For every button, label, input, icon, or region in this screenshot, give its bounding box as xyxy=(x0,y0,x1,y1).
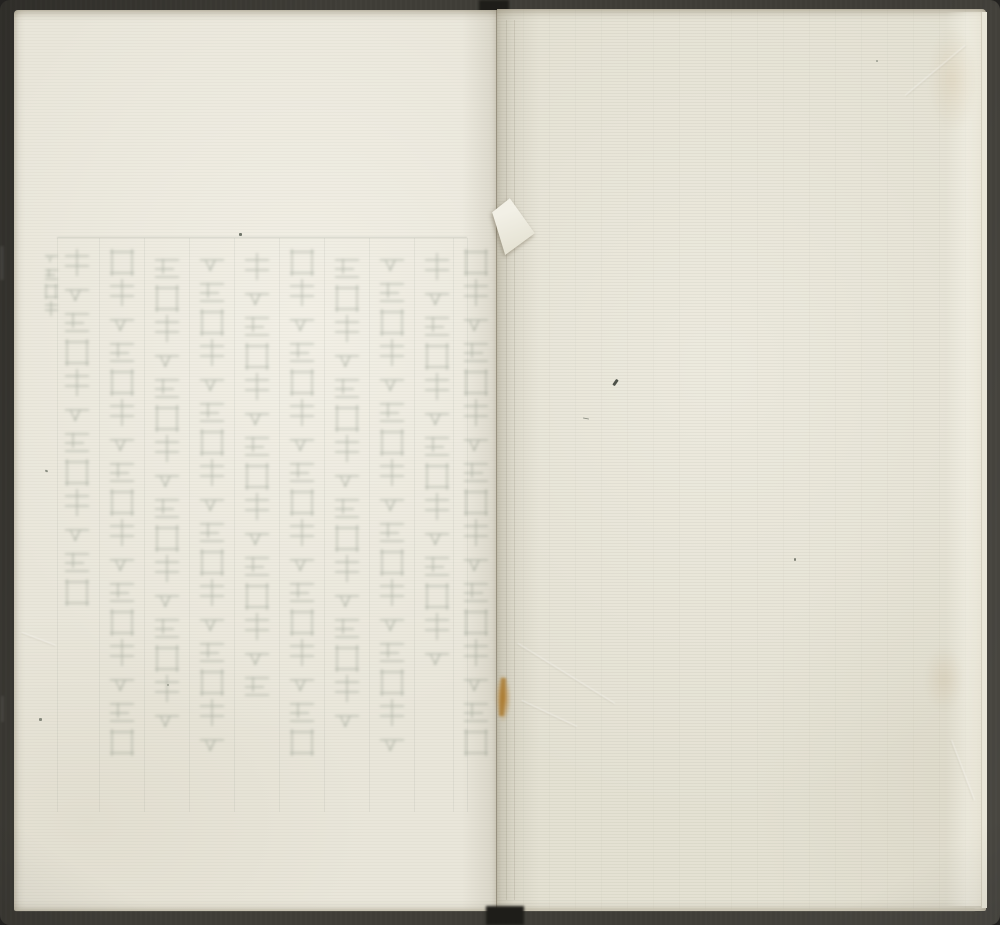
paper-speck xyxy=(794,558,796,561)
gutter-shadow-left xyxy=(462,10,497,911)
paper-speck xyxy=(876,60,878,62)
left-page-laid-texture xyxy=(14,10,497,911)
torn-paper-fragment xyxy=(488,192,540,262)
ghost-text-column xyxy=(197,246,227,759)
frame-scuff xyxy=(0,246,4,280)
right-page xyxy=(497,9,986,911)
ghost-text-block xyxy=(14,10,497,911)
paper-speck xyxy=(167,684,169,686)
binding-gap-bottom xyxy=(486,906,524,925)
spine-gutter-line xyxy=(496,10,497,911)
gutter-streak xyxy=(514,20,515,900)
right-page-bottom-edge xyxy=(497,908,975,911)
left-page xyxy=(14,10,497,911)
torn-paper-fragment-shape xyxy=(488,192,540,262)
gutter-shadow-right xyxy=(497,9,539,911)
gutter-streak xyxy=(506,20,507,900)
left-page-bottom-edge xyxy=(16,909,497,911)
under-pages-edge-strip xyxy=(981,12,987,908)
right-page-fore-edge xyxy=(946,12,984,906)
ghost-text-column xyxy=(287,246,317,759)
ghost-text-column xyxy=(62,246,92,609)
ghost-text-column xyxy=(152,252,182,735)
photo-backdrop xyxy=(0,0,1000,925)
frame-scuff xyxy=(1,696,4,722)
right-page-laid-texture xyxy=(497,9,986,911)
ghost-text-column xyxy=(377,246,407,759)
ghost-text-column xyxy=(107,246,137,759)
ghost-text-column xyxy=(422,250,452,673)
ghost-text-column xyxy=(242,250,272,703)
paper-speck xyxy=(39,718,42,721)
ghost-margin-column xyxy=(36,248,66,318)
ghost-text-column xyxy=(332,252,362,735)
paper-speck xyxy=(239,233,242,236)
